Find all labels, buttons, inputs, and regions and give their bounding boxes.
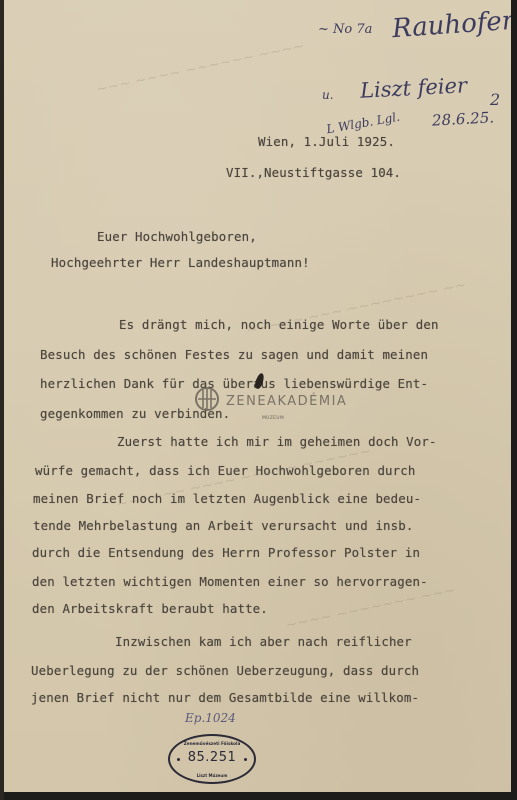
stamp-inventory-number: 85.251: [170, 750, 254, 765]
body-line: Ueberlegung zu der schönen Ueberzeugung,…: [31, 663, 419, 678]
handwritten-note-prefix: ~ No 7a: [318, 22, 372, 37]
document-scan: ~~~ ~~~~ ~~~~~~ ~~~~ ~~~~~ ~~~ ~~~~~~~~ …: [0, 0, 517, 800]
body-line: meinen Brief noch im letzten Augenblick …: [33, 491, 421, 506]
archive-stamp: Zeneművészeti Főiskola 85.251 Liszt Múze…: [168, 734, 256, 784]
body-line: jenen Brief nicht nur dem Gesamtbilde ei…: [31, 690, 419, 705]
paper-sheet: ~~~ ~~~~ ~~~~~~ ~~~~ ~~~~~ ~~~ ~~~~~~~~ …: [4, 0, 511, 792]
place-date: Wien, 1.Juli 1925.: [258, 134, 395, 149]
stamp-dot: [177, 758, 180, 761]
zeneakademia-watermark: ZENEAKADÉMIA: [194, 386, 347, 412]
handwritten-note-date: 28.6.25.: [432, 108, 495, 129]
watermark-subtitle: MÚZEUM: [262, 416, 284, 421]
body-line: tende Mehrbelastung an Arbeit verursacht…: [33, 518, 414, 533]
body-line: Zuerst hatte ich mir im geheimen doch Vo…: [117, 434, 437, 449]
body-line: den letzten wichtigen Momenten einer so …: [32, 574, 428, 589]
zeneakademia-logo-icon: [194, 386, 220, 412]
stamp-dot: [244, 758, 247, 761]
body-line: Besuch des schönen Festes zu sagen und d…: [40, 347, 428, 362]
body-line: den Arbeitskraft beraubt hatte.: [32, 601, 268, 616]
stamp-museum: Liszt Múzeum: [170, 773, 254, 778]
salutation-line1: Euer Hochwohlgeboren,: [97, 229, 257, 244]
sender-address: VII.,Neustiftgasse 104.: [226, 165, 401, 180]
stamp-institution: Zeneművészeti Főiskola: [170, 741, 254, 746]
body-line: würfe gemacht, dass ich Euer Hochwohlgeb…: [35, 463, 416, 478]
body-line: Inzwischen kam ich aber nach reiflicher: [115, 634, 412, 649]
bleed-through-text: ~~~~ ~~~~~~~ ~~~: [284, 582, 457, 634]
archive-reference: Ep.1024: [185, 711, 236, 725]
handwritten-note-line3: L Wlgb. Lgl.: [325, 110, 401, 137]
salutation-line2: Hochgeehrter Herr Landeshauptmann!: [51, 255, 310, 270]
body-line: Es drängt mich, noch einige Worte über d…: [119, 317, 439, 332]
handwritten-note-lisztfeier: Liszt feier: [359, 73, 467, 103]
body-line: durch die Entsendung des Herrn Professor…: [32, 545, 420, 560]
bleed-through-text: ~~~ ~~~~ ~~~~~~ ~~~~: [95, 38, 306, 98]
watermark-name: ZENEAKADÉMIA: [226, 394, 347, 409]
handwritten-note-u: u.: [322, 88, 334, 102]
handwritten-note-name: Rauhofer: [391, 6, 511, 44]
handwritten-note-number: 2: [490, 90, 500, 109]
